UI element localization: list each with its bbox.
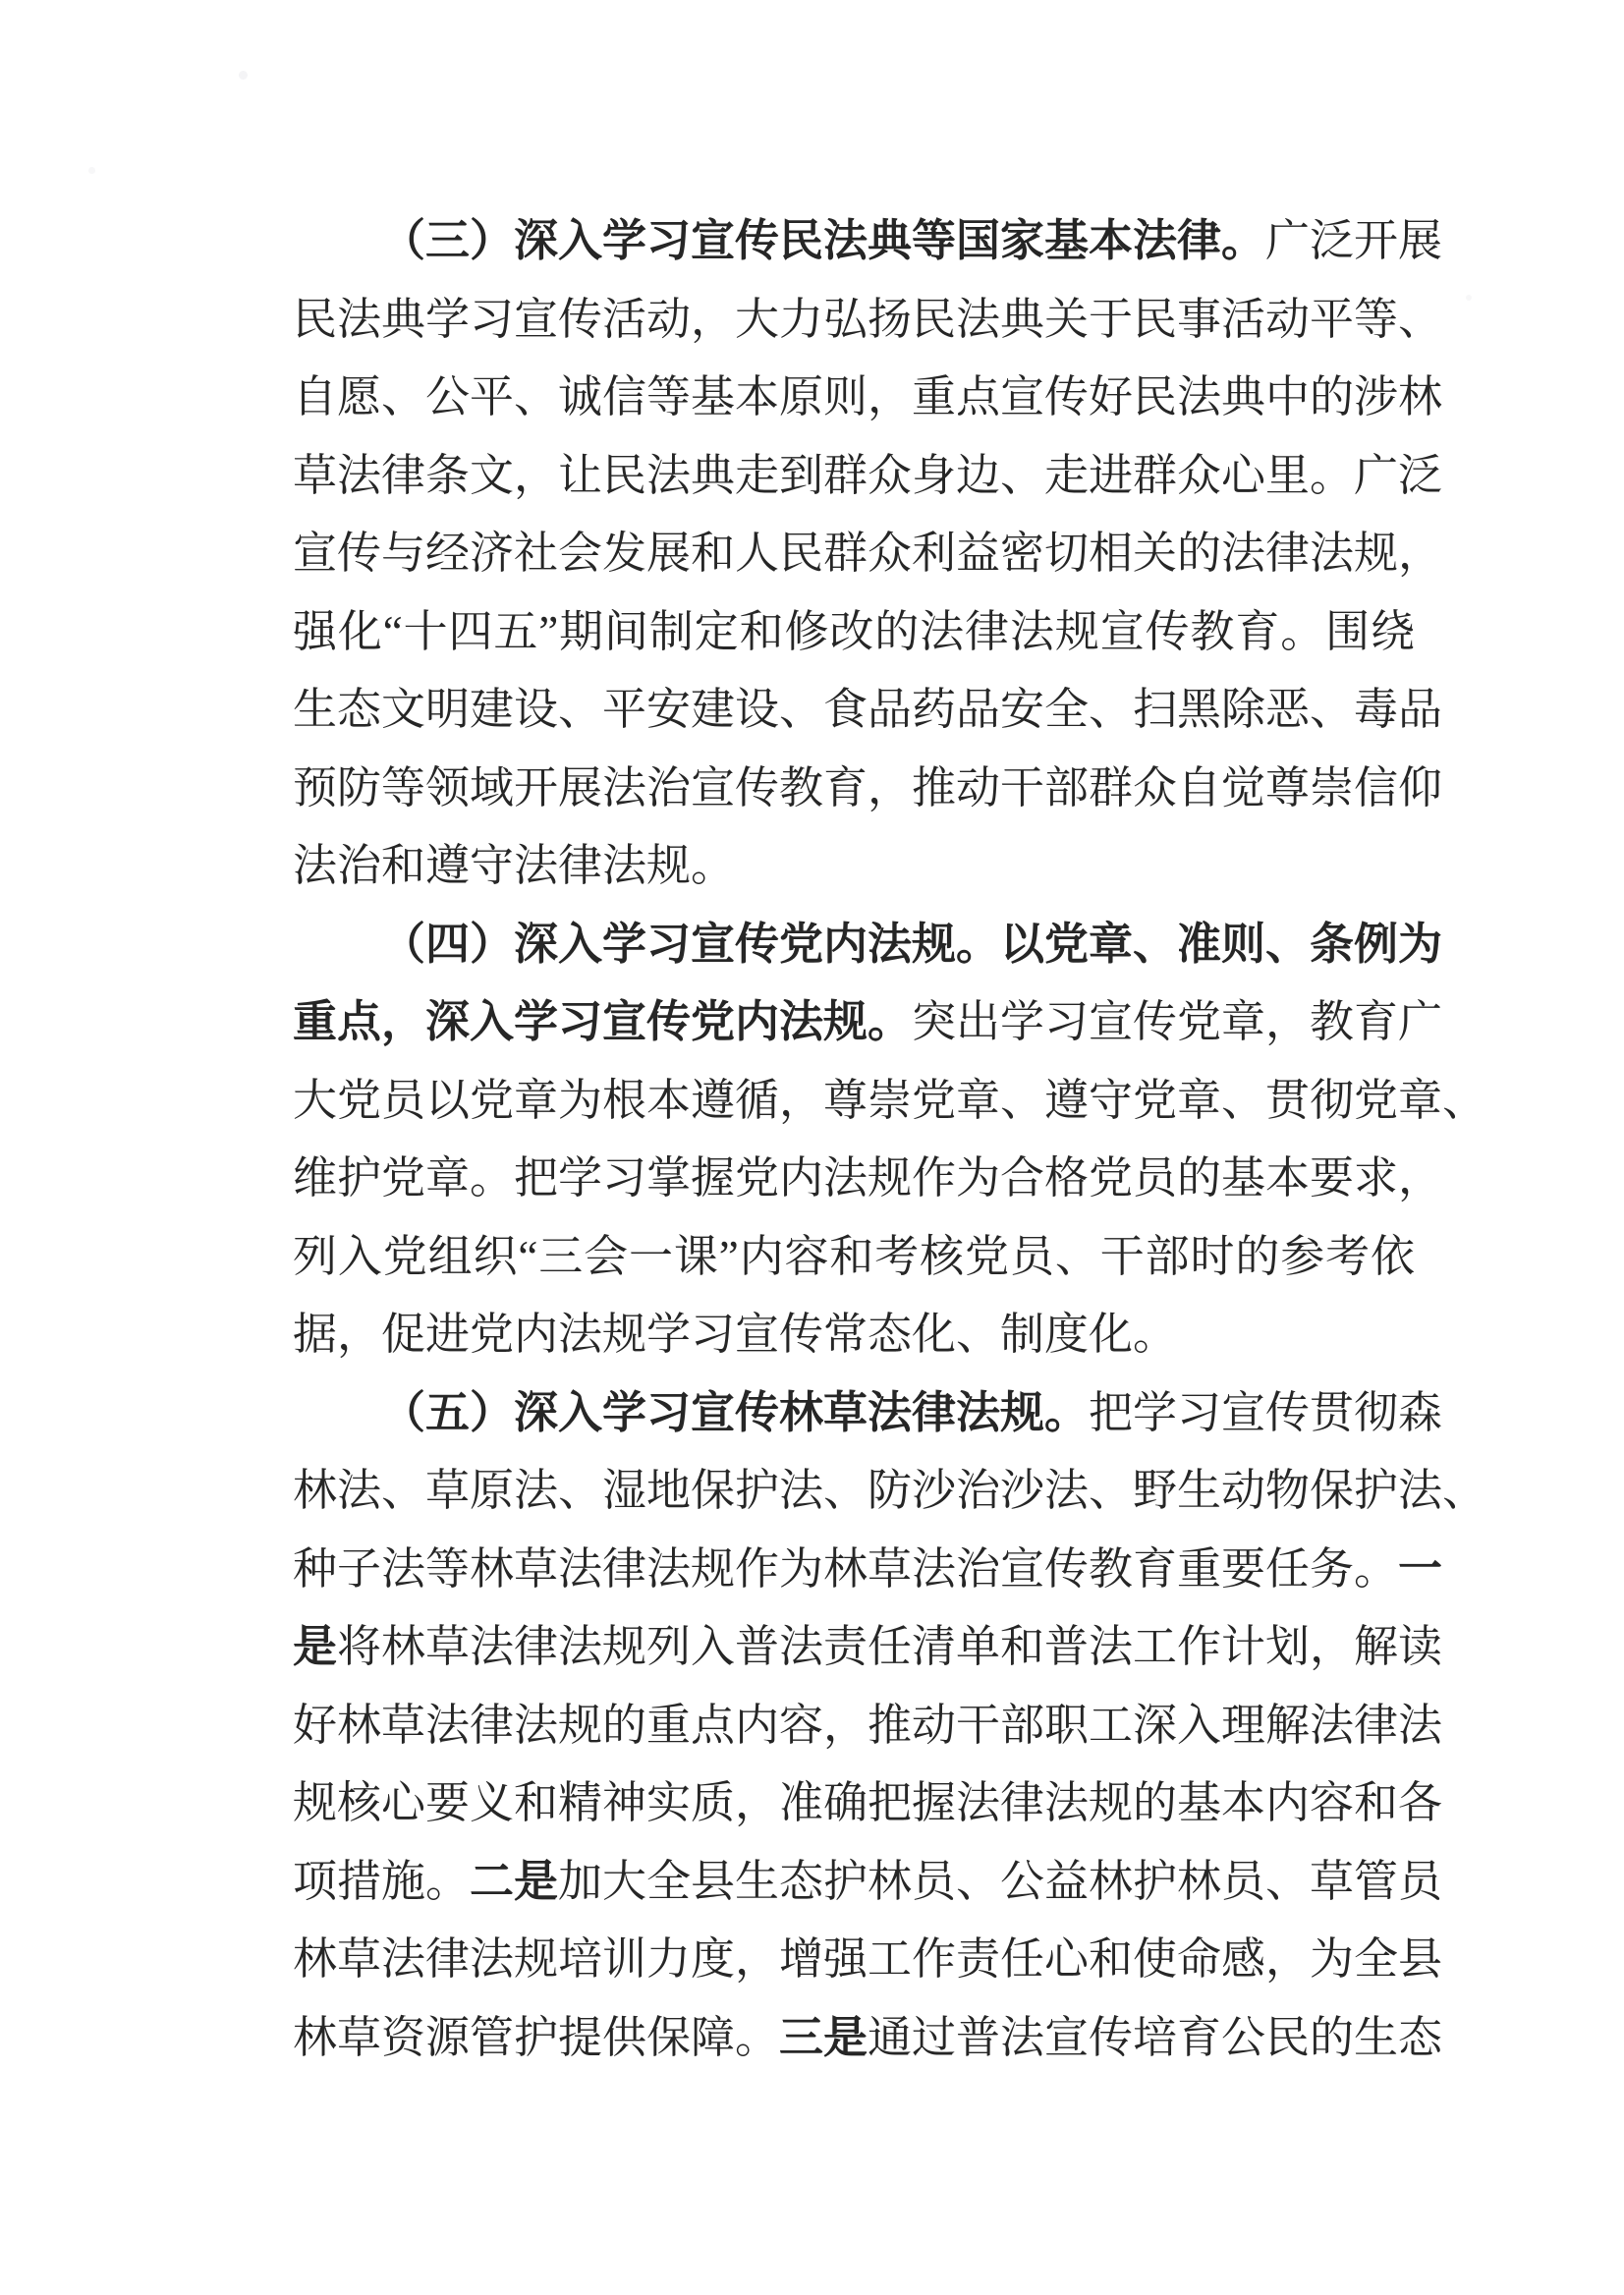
emphasis-run: 二是 bbox=[470, 1857, 558, 1906]
scan-speck bbox=[239, 71, 248, 80]
scan-speck bbox=[1466, 295, 1472, 301]
emphasis-run: 三是 bbox=[779, 2013, 868, 2062]
text-run: 大党员以党章为根本遵循，尊崇党章、遵守党章、贯彻党章、 bbox=[293, 1076, 1486, 1125]
section-5-lincaofalv: （五）深入学习宣传林草法律法规。把学习宣传贯彻森林法、草原法、湿地保护法、防沙治… bbox=[293, 1374, 1415, 2078]
emphasis-run: 重点，深入学习宣传党内法规。 bbox=[293, 997, 912, 1046]
text-run: 强化“十四五”期间制定和修改的法律法规宣传教育。围绕 bbox=[293, 607, 1415, 656]
emphasis-run: 是 bbox=[293, 1622, 337, 1671]
section-4-dangneifagui: （四）深入学习宣传党内法规。以党章、准则、条例为重点，深入学习宣传党内法规。突出… bbox=[293, 906, 1415, 1374]
text-run: 加大全县生态护林员、公益林护林员、草管员 bbox=[558, 1857, 1442, 1906]
text-line: 项措施。二是加大全县生态护林员、公益林护林员、草管员 bbox=[293, 1843, 1415, 1922]
text-line: 据，促进党内法规学习宣传常态化、制度化。 bbox=[293, 1296, 1415, 1374]
text-line: （三）深入学习宣传民法典等国家基本法律。广泛开展 bbox=[293, 202, 1415, 281]
text-run: 宣传与经济社会发展和人民群众利益密切相关的法律法规， bbox=[293, 529, 1442, 578]
text-run: 广泛开展 bbox=[1265, 216, 1442, 265]
text-run: 好林草法律法规的重点内容，推动干部职工深入理解法律法 bbox=[293, 1701, 1442, 1750]
text-line: （四）深入学习宣传党内法规。以党章、准则、条例为 bbox=[293, 906, 1415, 984]
text-line: 是将林草法律法规列入普法责任清单和普法工作计划，解读 bbox=[293, 1608, 1415, 1687]
text-line: 宣传与经济社会发展和人民群众利益密切相关的法律法规， bbox=[293, 515, 1415, 593]
emphasis-run: （四）深入学习宣传党内法规。以党章、准则、条例为 bbox=[381, 920, 1442, 969]
text-run: 民法典学习宣传活动，大力弘扬民法典关于民事活动平等、 bbox=[293, 295, 1442, 344]
text-run: 突出学习宣传党章，教育广 bbox=[912, 997, 1442, 1046]
emphasis-run: （三）深入学习宣传民法典等国家基本法律。 bbox=[381, 216, 1265, 265]
text-run: 自愿、公平、诚信等基本原则，重点宣传好民法典中的涉林 bbox=[293, 372, 1442, 421]
text-line: 种子法等林草法律法规作为林草法治宣传教育重要任务。一 bbox=[293, 1531, 1415, 1609]
text-run: 种子法等林草法律法规作为林草法治宣传教育重要任务。 bbox=[293, 1544, 1398, 1594]
text-run: 项措施。 bbox=[293, 1857, 470, 1906]
text-line: 预防等领域开展法治宣传教育，推动干部群众自觉尊崇信仰 bbox=[293, 750, 1415, 828]
text-line: 规核心要义和精神实质，准确把握法律法规的基本内容和各 bbox=[293, 1764, 1415, 1843]
text-line: 重点，深入学习宣传党内法规。突出学习宣传党章，教育广 bbox=[293, 983, 1415, 1062]
text-line: 大党员以党章为根本遵循，尊崇党章、遵守党章、贯彻党章、 bbox=[293, 1062, 1415, 1141]
text-run: 通过普法宣传培育公民的生态 bbox=[868, 2013, 1442, 2062]
text-run: 预防等领域开展法治宣传教育，推动干部群众自觉尊崇信仰 bbox=[293, 763, 1442, 812]
text-run: 林法、草原法、湿地保护法、防沙治沙法、野生动物保护法、 bbox=[293, 1466, 1486, 1515]
text-run: 林草法律法规培训力度，增强工作责任心和使命感，为全县 bbox=[293, 1934, 1442, 1984]
text-run: 维护党章。把学习掌握党内法规作为合格党员的基本要求， bbox=[293, 1153, 1442, 1203]
text-line: 维护党章。把学习掌握党内法规作为合格党员的基本要求， bbox=[293, 1140, 1415, 1218]
text-line: 自愿、公平、诚信等基本原则，重点宣传好民法典中的涉林 bbox=[293, 359, 1415, 437]
text-run: 规核心要义和精神实质，准确把握法律法规的基本内容和各 bbox=[293, 1778, 1442, 1827]
text-line: 林草法律法规培训力度，增强工作责任心和使命感，为全县 bbox=[293, 1921, 1415, 1999]
text-line: 生态文明建设、平安建设、食品药品安全、扫黑除恶、毒品 bbox=[293, 671, 1415, 750]
text-line: （五）深入学习宣传林草法律法规。把学习宣传贯彻森 bbox=[293, 1374, 1415, 1453]
text-run: 将林草法律法规列入普法责任清单和普法工作计划，解读 bbox=[337, 1622, 1442, 1671]
text-line: 林草资源管护提供保障。三是通过普法宣传培育公民的生态 bbox=[293, 1999, 1415, 2078]
text-line: 法治和遵守法律法规。 bbox=[293, 827, 1415, 906]
text-run: 草法律条文，让民法典走到群众身边、走进群众心里。广泛 bbox=[293, 451, 1442, 500]
text-line: 强化“十四五”期间制定和修改的法律法规宣传教育。围绕 bbox=[293, 593, 1415, 672]
emphasis-run: 一 bbox=[1398, 1544, 1442, 1594]
text-line: 列入党组织“三会一课”内容和考核党员、干部时的参考依 bbox=[293, 1218, 1415, 1297]
section-3-minfadian: （三）深入学习宣传民法典等国家基本法律。广泛开展民法典学习宣传活动，大力弘扬民法… bbox=[293, 202, 1415, 906]
scanned-page: （三）深入学习宣传民法典等国家基本法律。广泛开展民法典学习宣传活动，大力弘扬民法… bbox=[0, 0, 1624, 2295]
text-run: 生态文明建设、平安建设、食品药品安全、扫黑除恶、毒品 bbox=[293, 685, 1442, 734]
document-body: （三）深入学习宣传民法典等国家基本法律。广泛开展民法典学习宣传活动，大力弘扬民法… bbox=[293, 202, 1415, 2077]
text-line: 好林草法律法规的重点内容，推动干部职工深入理解法律法 bbox=[293, 1687, 1415, 1765]
emphasis-run: （五）深入学习宣传林草法律法规。 bbox=[381, 1388, 1089, 1437]
scan-speck bbox=[88, 167, 95, 174]
text-line: 民法典学习宣传活动，大力弘扬民法典关于民事活动平等、 bbox=[293, 281, 1415, 360]
text-line: 草法律条文，让民法典走到群众身边、走进群众心里。广泛 bbox=[293, 437, 1415, 516]
text-line: 林法、草原法、湿地保护法、防沙治沙法、野生动物保护法、 bbox=[293, 1452, 1415, 1531]
text-run: 法治和遵守法律法规。 bbox=[293, 841, 735, 890]
text-run: 林草资源管护提供保障。 bbox=[293, 2013, 779, 2062]
text-run: 列入党组织“三会一课”内容和考核党员、干部时的参考依 bbox=[293, 1232, 1415, 1281]
text-run: 把学习宣传贯彻森 bbox=[1089, 1388, 1442, 1437]
text-run: 据，促进党内法规学习宣传常态化、制度化。 bbox=[293, 1310, 1177, 1359]
